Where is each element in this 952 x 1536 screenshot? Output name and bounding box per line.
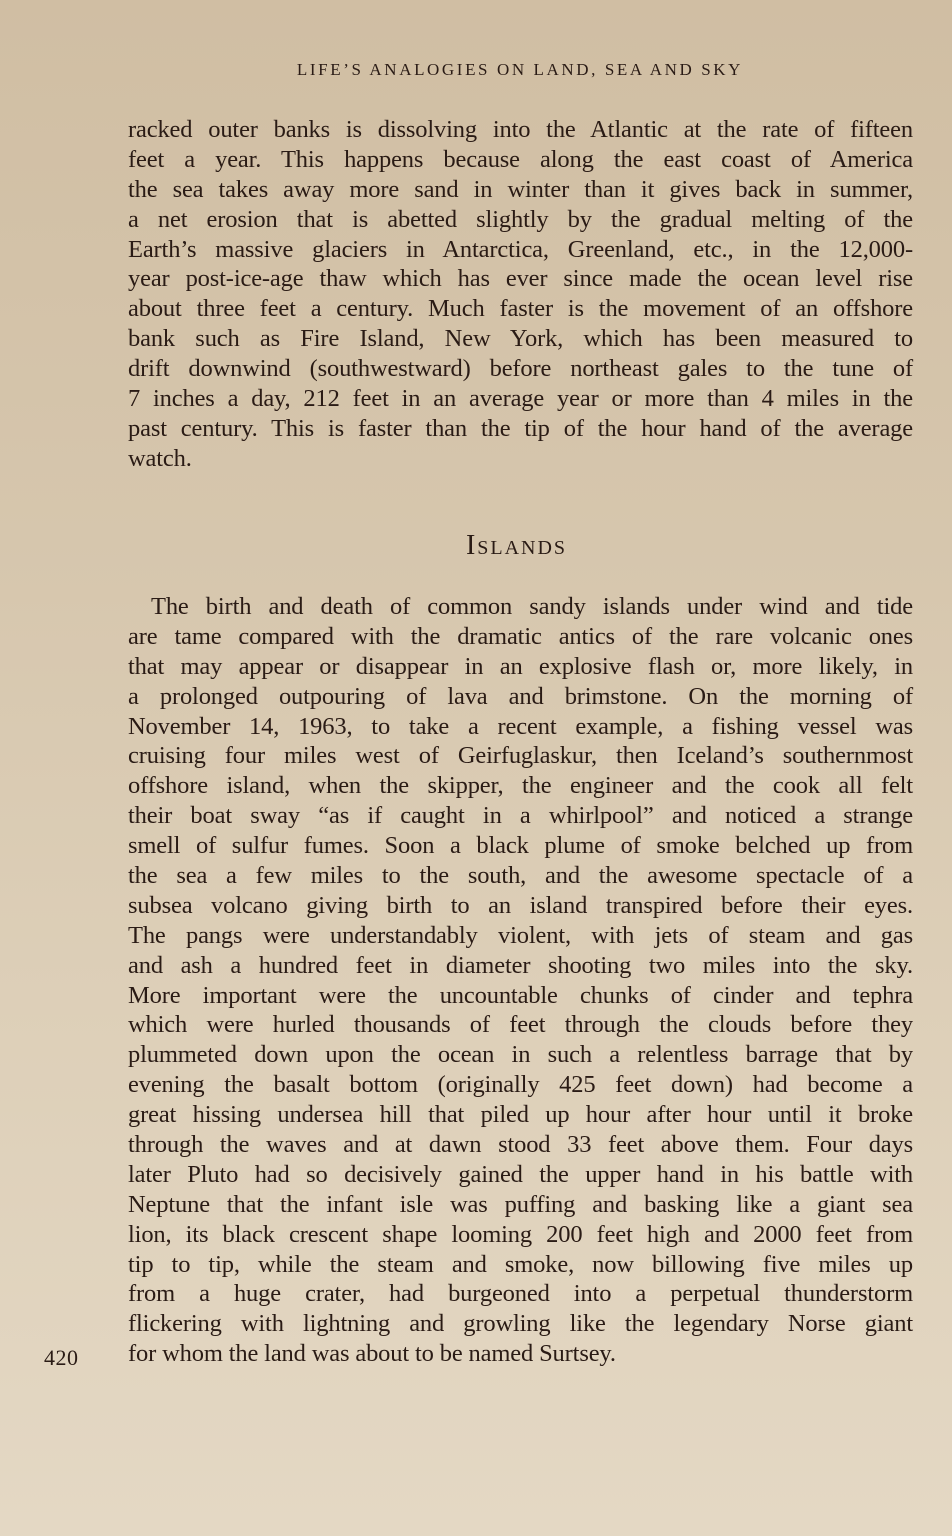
paragraph-1: racked outer banks is dissolving into th… — [128, 115, 913, 474]
running-head: LIFE’S ANALOGIES ON LAND, SEA AND SKY — [0, 60, 952, 80]
text-line: a prolonged outpouring of lava and brims… — [128, 682, 913, 712]
text-line: the sea a few miles to the south, and th… — [128, 861, 913, 891]
paragraph-2: The birth and death of common sandy isla… — [128, 592, 913, 1369]
text-line: bank such as Fire Island, New York, whic… — [128, 324, 913, 354]
text-line: plummeted down upon the ocean in such a … — [128, 1040, 913, 1070]
text-line: great hissing undersea hill that piled u… — [128, 1100, 913, 1130]
text-line: feet a year. This happens because along … — [128, 145, 913, 175]
text-line: the sea takes away more sand in winter t… — [128, 175, 913, 205]
section-heading-text: Islands — [466, 530, 567, 561]
text-line: tip to tip, while the steam and smoke, n… — [128, 1250, 913, 1280]
text-line: are tame compared with the dramatic anti… — [128, 622, 913, 652]
text-line: Neptune that the infant isle was puffing… — [128, 1190, 913, 1220]
text-line: cruising four miles west of Geirfuglasku… — [128, 741, 913, 771]
text-line: later Pluto had so decisively gained the… — [128, 1160, 913, 1190]
text-line: More important were the uncountable chun… — [128, 981, 913, 1011]
text-line: watch. — [128, 444, 913, 474]
text-line: a net erosion that is abetted slightly b… — [128, 205, 913, 235]
page-number: 420 — [44, 1343, 79, 1373]
text-line: Earth’s massive glaciers in Antarctica, … — [128, 235, 913, 265]
text-line: past century. This is faster than the ti… — [128, 414, 913, 444]
text-line: flickering with lightning and growling l… — [128, 1309, 913, 1339]
text-line: their boat sway “as if caught in a whirl… — [128, 801, 913, 831]
section-heading: Islands — [0, 530, 952, 562]
text-line: The pangs were understandably violent, w… — [128, 921, 913, 951]
text-line: The birth and death of common sandy isla… — [128, 592, 913, 622]
text-line: November 14, 1963, to take a recent exam… — [128, 712, 913, 742]
text-line: offshore island, when the skipper, the e… — [128, 771, 913, 801]
text-line: through the waves and at dawn stood 33 f… — [128, 1130, 913, 1160]
text-line: from a huge crater, had burgeoned into a… — [128, 1279, 913, 1309]
text-line: about three feet a century. Much faster … — [128, 294, 913, 324]
text-line: racked outer banks is dissolving into th… — [128, 115, 913, 145]
text-line: which were hurled thousands of feet thro… — [128, 1010, 913, 1040]
text-line: 7 inches a day, 212 feet in an average y… — [128, 384, 913, 414]
text-line: drift downwind (southwestward) before no… — [128, 354, 913, 384]
text-line: lion, its black crescent shape looming 2… — [128, 1220, 913, 1250]
text-line: smell of sulfur fumes. Soon a black plum… — [128, 831, 913, 861]
text-line: for whom the land was about to be named … — [128, 1339, 913, 1369]
text-line: evening the basalt bottom (originally 42… — [128, 1070, 913, 1100]
text-line: and ash a hundred feet in diameter shoot… — [128, 951, 913, 981]
text-line: subsea volcano giving birth to an island… — [128, 891, 913, 921]
text-line: year post-ice-age thaw which has ever si… — [128, 264, 913, 294]
text-line: that may appear or disappear in an explo… — [128, 652, 913, 682]
